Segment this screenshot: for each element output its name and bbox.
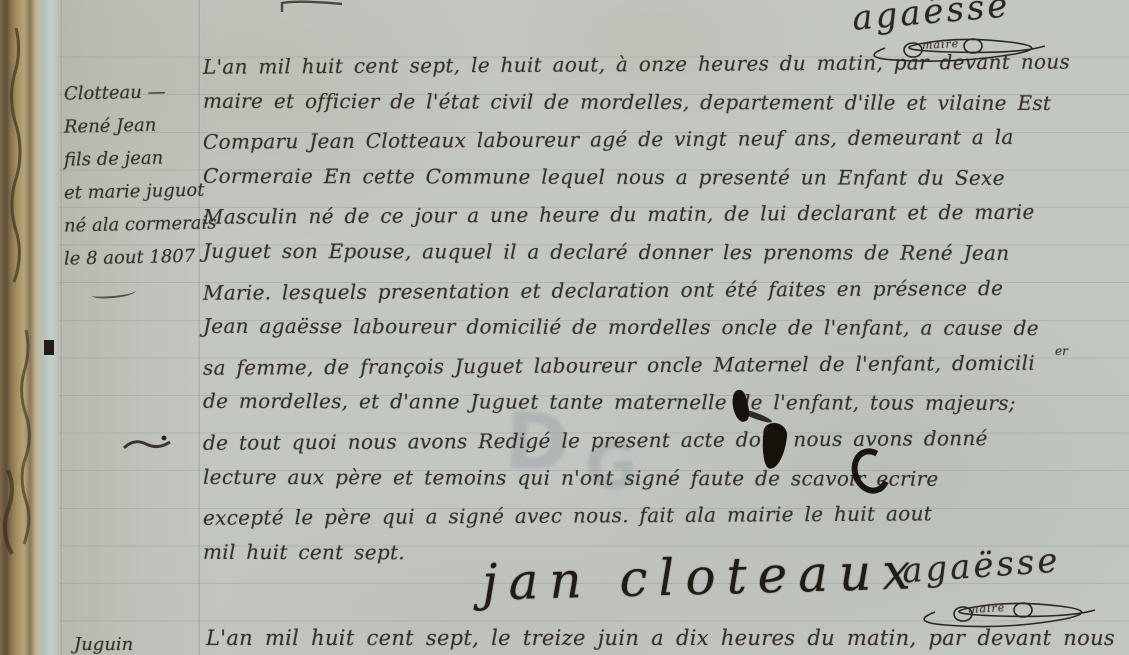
next-act-margin-note: Juguin <box>74 634 133 655</box>
maire-label-bottom: maire <box>968 601 1006 616</box>
margin-note-line: le 8 aout 1807 <box>64 239 215 275</box>
register-page-scan: D G Clotteau — René Jean fils de jean et… <box>0 0 1129 655</box>
margin-note-line: né ala cormerais <box>64 206 215 242</box>
next-act-first-line: L'an mil huit cent sept, le treize juin … <box>206 626 1121 650</box>
margin-note-flourish <box>92 286 137 299</box>
binding-dark-mark <box>44 340 54 355</box>
act-line: de mordelles, et d'anne Juguet tante mat… <box>203 383 1121 423</box>
margin-note-line: fils de jean <box>64 140 215 176</box>
page-edge-crease <box>60 0 63 655</box>
act-line: de tout quoi nous avons Redigé le presen… <box>203 419 1121 462</box>
previous-entry-stroke <box>278 0 348 14</box>
birth-act-text: L'an mil huit cent sept, le huit aout, à… <box>203 46 1121 572</box>
signature-father: jan cloteaux <box>481 542 922 611</box>
spine-ink-marks <box>0 0 60 655</box>
act-line: Comparu Jean Clotteaux laboureur agé de … <box>203 118 1121 161</box>
margin-note-line: Clotteau — <box>64 74 215 110</box>
act-line: Masculin né de ce jour a une heure du ma… <box>203 194 1121 237</box>
act-line: Cormeraie En cette Commune lequel nous a… <box>203 158 1121 198</box>
maire-label-top: maire <box>922 37 960 52</box>
act-line: maire et officier de l'état civil de mor… <box>203 82 1121 122</box>
margin-note-line: et marie juguot <box>64 173 215 209</box>
act-line: lecture aux père et temoins qui n'ont si… <box>203 458 1121 498</box>
superscript-correction: er <box>1055 344 1068 358</box>
act-line: excepté le père qui a signé avec nous. f… <box>203 494 1121 537</box>
margin-note-line: René Jean <box>64 107 215 143</box>
act-line: Jean agaësse laboureur domicilié de mord… <box>203 308 1121 348</box>
margin-ink-scribble <box>120 430 180 456</box>
act-line: Juguet son Epouse, auquel il a declaré d… <box>203 233 1121 273</box>
margin-note: Clotteau — René Jean fils de jean et mar… <box>64 76 214 274</box>
act-line: sa femme, de françois Juguet laboureur o… <box>203 344 1121 387</box>
act-line: Marie. lesquels presentation et declarat… <box>203 269 1121 312</box>
